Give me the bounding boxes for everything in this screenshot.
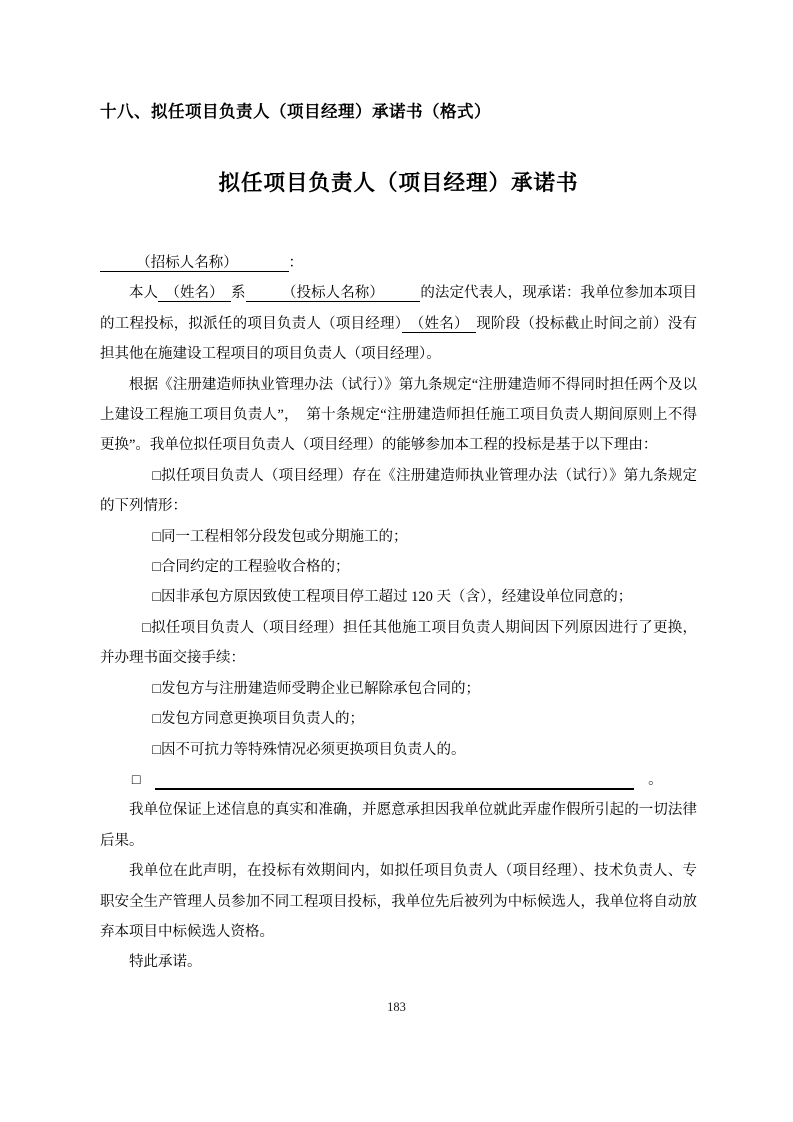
regulation-paragraph: 根据《注册建造师执业管理办法（试行）》第九条规定“注册建造师不得同时担任两个及以… bbox=[100, 370, 697, 461]
checkbox-item-other-blank: □ 。 bbox=[100, 765, 697, 795]
text-run: 特此承诺。 bbox=[129, 954, 202, 970]
intro-paragraph: 本人 （姓名） 系 （投标人名称） 的法定代表人，现承诺：我单位参加本项目的工程… bbox=[100, 278, 697, 369]
document-title: 拟任项目负责人（项目经理）承诺书 bbox=[100, 168, 697, 198]
text-run: 我单位保证上述信息的真实和准确，并愿意承担因我单位就此弄虚作假所引起的一切法律后… bbox=[100, 802, 697, 848]
checkbox-item-manager-replaced: □拟任项目负责人（项目经理）担任其他施工项目负责人期间因下列原因进行了更换，并办… bbox=[100, 613, 697, 674]
text-run: 因非承包方原因致使工程项目停工超过 120 天（含），经建设单位同意的； bbox=[161, 589, 632, 605]
document-content: 十八、拟任项目负责人（项目经理）承诺书（格式） 拟任项目负责人（项目经理）承诺书… bbox=[0, 0, 793, 978]
checkbox-icon: □ bbox=[132, 772, 141, 788]
text-run: 本人 bbox=[129, 285, 158, 301]
text-run bbox=[141, 772, 156, 788]
text-run: ： bbox=[289, 255, 304, 271]
checkbox-item-acceptance-passed: □合同约定的工程验收合格的； bbox=[100, 552, 697, 582]
text-run: 根据《注册建造师执业管理办法（试行）》第九条规定“注册建造师不得同时担任两个及以… bbox=[100, 377, 697, 454]
text-run: 拟任项目负责人（项目经理）担任其他施工项目负责人期间因下列原因进行了更换，并办理… bbox=[100, 620, 697, 666]
page-number: 183 bbox=[0, 998, 793, 1016]
checkbox-item-contract-terminated: □发包方与注册建造师受聘企业已解除承包合同的； bbox=[100, 674, 697, 704]
blank-underline: （姓名） bbox=[158, 285, 231, 302]
text-run: 。 bbox=[634, 772, 663, 788]
text-run: 发包方与注册建造师受聘企业已解除承包合同的； bbox=[161, 681, 480, 697]
declaration-paragraph: 我单位在此声明，在投标有效期间内，如拟任项目负责人（项目经理）、技术负责人、专职… bbox=[100, 856, 697, 947]
addressee-line: （招标人名称） ： bbox=[100, 248, 697, 278]
text-run: 拟任项目负责人（项目经理）存在《注册建造师执业管理办法（试行）》第九条规定的下列… bbox=[100, 468, 697, 514]
text-run: 系 bbox=[231, 285, 246, 301]
text-run: 同一工程相邻分段发包或分期施工的； bbox=[161, 529, 408, 545]
checkbox-icon: □ bbox=[142, 620, 151, 636]
closing-line: 特此承诺。 bbox=[100, 947, 697, 977]
blank-underline bbox=[155, 772, 634, 790]
text-run: 我单位在此声明，在投标有效期间内，如拟任项目负责人（项目经理）、技术负责人、专职… bbox=[100, 863, 697, 940]
checkbox-item-suspension-120-days: □因非承包方原因致使工程项目停工超过 120 天（含），经建设单位同意的； bbox=[100, 582, 697, 612]
checkbox-icon: □ bbox=[152, 681, 161, 697]
text-run: 合同约定的工程验收合格的； bbox=[161, 559, 350, 575]
checkbox-item-employer-agrees: □发包方同意更换项目负责人的； bbox=[100, 704, 697, 734]
checkbox-item-article9-situations: □拟任项目负责人（项目经理）存在《注册建造师执业管理办法（试行）》第九条规定的下… bbox=[100, 461, 697, 522]
document-body: （招标人名称） ：本人 （姓名） 系 （投标人名称） 的法定代表人，现承诺：我单… bbox=[100, 248, 697, 978]
checkbox-icon: □ bbox=[152, 468, 161, 484]
checkbox-icon: □ bbox=[152, 742, 161, 758]
section-heading: 十八、拟任项目负责人（项目经理）承诺书（格式） bbox=[100, 101, 697, 123]
checkbox-icon: □ bbox=[152, 559, 161, 575]
text-run: 因不可抗力等特殊情况必须更换项目负责人的。 bbox=[161, 742, 466, 758]
checkbox-item-force-majeure: □因不可抗力等特殊情况必须更换项目负责人的。 bbox=[100, 735, 697, 765]
blank-underline: （招标人名称） bbox=[100, 255, 289, 272]
text-run: 发包方同意更换项目负责人的； bbox=[161, 711, 364, 727]
blank-underline: （姓名） bbox=[402, 316, 476, 333]
checkbox-icon: □ bbox=[152, 711, 161, 727]
checkbox-icon: □ bbox=[152, 589, 161, 605]
document-page: 十八、拟任项目负责人（项目经理）承诺书（格式） 拟任项目负责人（项目经理）承诺书… bbox=[0, 0, 793, 1122]
checkbox-item-adjacent-sections: □同一工程相邻分段发包或分期施工的； bbox=[100, 522, 697, 552]
checkbox-icon: □ bbox=[152, 529, 161, 545]
guarantee-paragraph: 我单位保证上述信息的真实和准确，并愿意承担因我单位就此弄虚作假所引起的一切法律后… bbox=[100, 795, 697, 856]
blank-underline: （投标人名称） bbox=[246, 285, 421, 302]
